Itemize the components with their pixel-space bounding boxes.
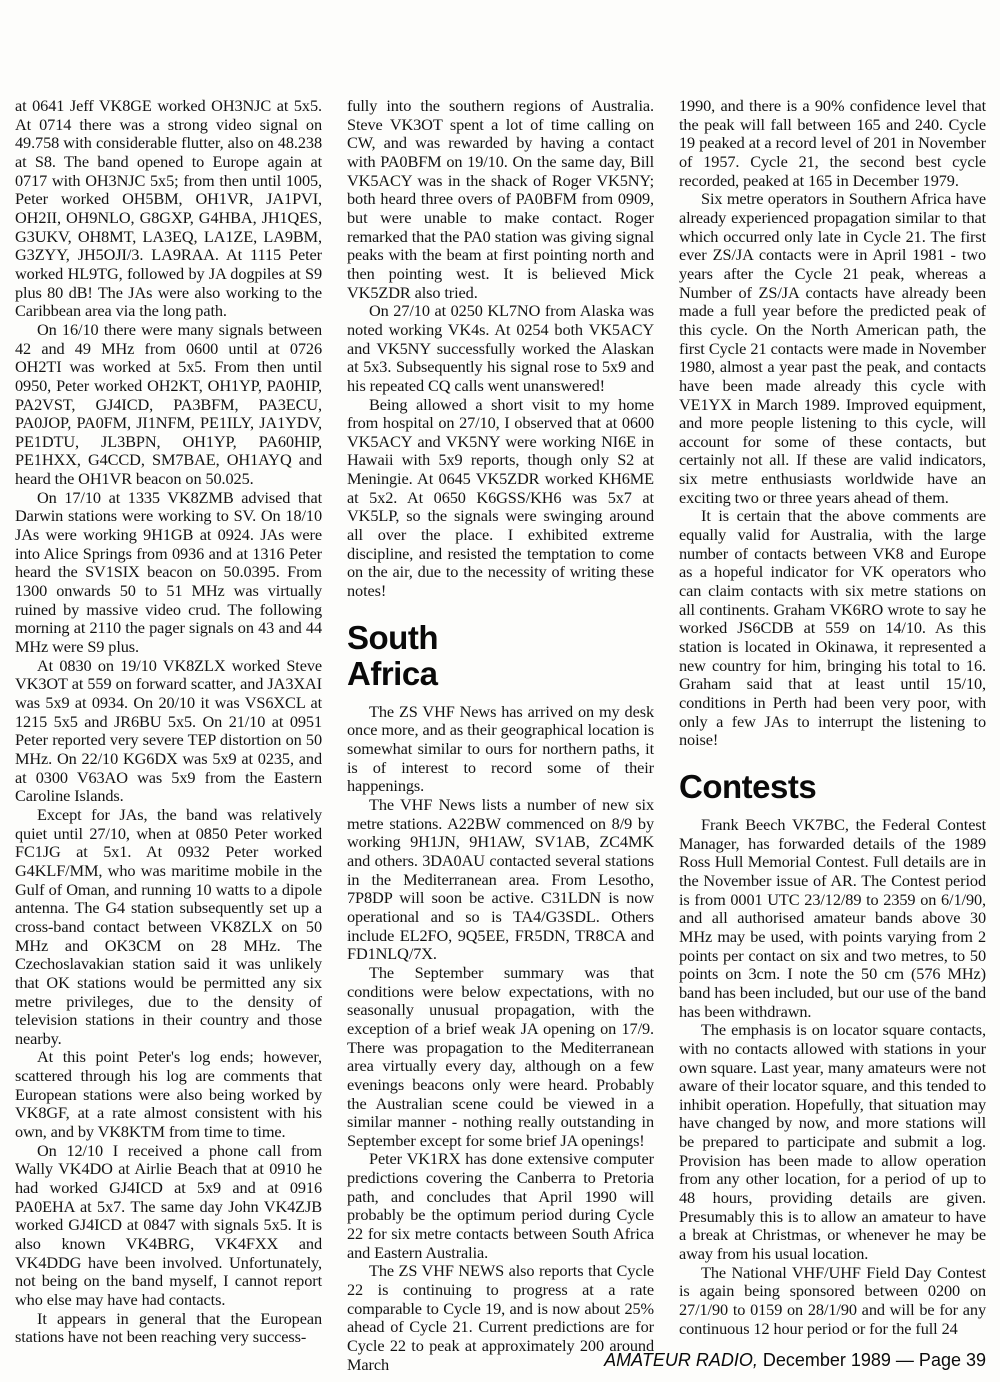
paragraph-col1-6: At this point Peter's log ends; however,…	[15, 1048, 322, 1141]
paragraph-col2-8: Peter VK1RX has done extensive computer …	[347, 1150, 654, 1262]
paragraph-col1-7: On 12/10 I received a phone call from Wa…	[15, 1142, 322, 1310]
section-heading-contests: Contests	[679, 769, 986, 805]
paragraph-col1-4: At 0830 on 19/10 VK8ZLX worked Steve VK3…	[15, 657, 322, 806]
paragraph-col3-3: It is certain that the above comments ar…	[679, 507, 986, 750]
paragraph-col2-7: The September summary was that condition…	[347, 964, 654, 1151]
footer-issue-and-page: December 1989 — Page 39	[758, 1350, 986, 1370]
text-column-2: fully into the southern regions of Austr…	[347, 97, 654, 1374]
paragraph-col1-3: On 17/10 at 1335 VK8ZMB advised that Dar…	[15, 489, 322, 657]
paragraph-col3-5: Frank Beech VK7BC, the Federal Contest M…	[679, 816, 986, 1021]
paragraph-col2-2: On 27/10 at 0250 KL7NO from Alaska was n…	[347, 302, 654, 395]
magazine-page: at 0641 Jeff VK8GE worked OH3NJC at 5x5.…	[0, 0, 1000, 1382]
text-column-1: at 0641 Jeff VK8GE worked OH3NJC at 5x5.…	[15, 97, 322, 1374]
paragraph-col3-7: The National VHF/UHF Field Day Contest i…	[679, 1264, 986, 1339]
paragraph-col3-6: The emphasis is on locator square contac…	[679, 1021, 986, 1264]
paragraph-col1-1: at 0641 Jeff VK8GE worked OH3NJC at 5x5.…	[15, 97, 322, 321]
paragraph-col2-1: fully into the southern regions of Austr…	[347, 97, 654, 302]
paragraph-col2-3: Being allowed a short visit to my home f…	[347, 396, 654, 601]
paragraph-col2-6: The VHF News lists a number of new six m…	[347, 796, 654, 964]
paragraph-col2-5: The ZS VHF News has arrived on my desk o…	[347, 703, 654, 796]
page-footer: AMATEUR RADIO, December 1989 — Page 39	[604, 1350, 986, 1371]
text-column-3: 1990, and there is a 90% confidence leve…	[679, 97, 986, 1374]
paragraph-col3-1: 1990, and there is a 90% confidence leve…	[679, 97, 986, 190]
paragraph-col1-8: It appears in general that the European …	[15, 1310, 322, 1347]
column-container: at 0641 Jeff VK8GE worked OH3NJC at 5x5.…	[15, 97, 986, 1374]
section-heading-south-africa: SouthAfrica	[347, 620, 654, 692]
paragraph-col1-5: Except for JAs, the band was relatively …	[15, 806, 322, 1049]
paragraph-col1-2: On 16/10 there were many signals between…	[15, 321, 322, 489]
paragraph-col3-2: Six metre operators in Southern Africa h…	[679, 190, 986, 507]
journal-title: AMATEUR RADIO,	[604, 1350, 758, 1370]
